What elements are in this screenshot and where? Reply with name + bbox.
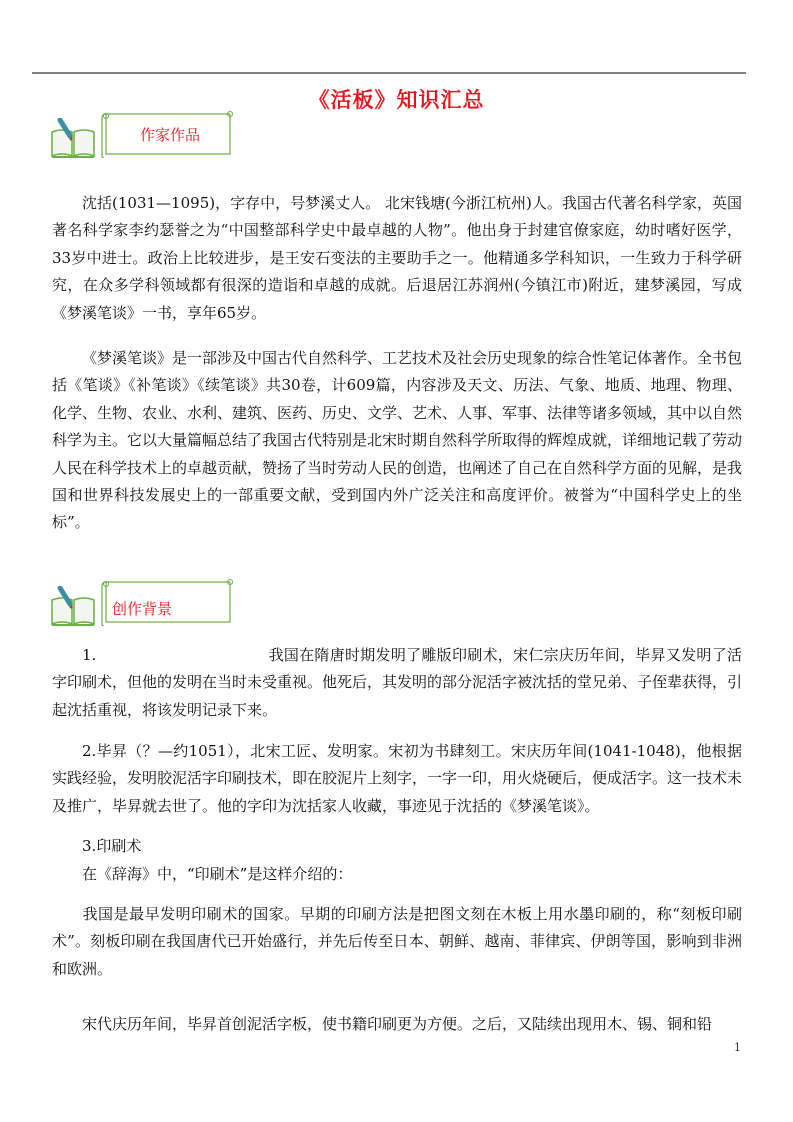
item-number: 1.	[82, 646, 96, 664]
paragraph-text: 《梦溪笔谈》是一部涉及中国古代自然科学、工艺技术及社会历史现象的综合性笔记体著作…	[52, 349, 742, 531]
item-text: 我国在隋唐时期发明了雕版印刷术，宋仁宗庆历年间，毕昇又发明了活字印刷术，但他的发…	[52, 646, 742, 719]
paragraph-text: 在《辞海》中，“印刷术”是这样介绍的：	[82, 865, 352, 883]
paragraph-text: 宋代庆历年间，毕昇首创泥活字板，使书籍印刷更为方便。之后，又陆续出现用木、锡、铜…	[82, 1015, 712, 1033]
section-heading: 作家作品	[106, 124, 234, 145]
book-pencil-icon	[50, 586, 96, 628]
item-text: 毕昇（？—约1051），北宋工匠、发明家。宋初为书肆刻工。宋庆历年间(1041-…	[52, 742, 742, 815]
list-item-3: 3.印刷术	[52, 833, 742, 860]
paragraph-book-intro: 《梦溪笔谈》是一部涉及中国古代自然科学、工艺技术及社会历史现象的综合性笔记体著作…	[52, 345, 742, 537]
list-item-2: 2.毕昇（？—约1051），北宋工匠、发明家。宋初为书肆刻工。宋庆历年间(104…	[52, 738, 742, 820]
paragraph-movable-type: 宋代庆历年间，毕昇首创泥活字板，使书籍印刷更为方便。之后，又陆续出现用木、锡、铜…	[52, 1011, 742, 1038]
paragraph-text: 我国是最早发明印刷术的国家。早期的印刷方法是把图文刻在木板上用水墨印刷的，称“刻…	[52, 905, 742, 978]
item-number: 2.	[82, 742, 96, 760]
item-number: 3.	[82, 837, 96, 855]
page-number: 1	[734, 1041, 741, 1054]
header-rule	[32, 72, 746, 74]
section-heading: 创作背景	[112, 598, 240, 619]
section-banner-author-works: 作家作品	[48, 110, 238, 162]
list-item-1: 1.我国在隋唐时期发明了雕版印刷术，宋仁宗庆历年间，毕昇又发明了活字印刷术，但他…	[52, 642, 742, 724]
item-text: 印刷术	[96, 837, 141, 855]
paragraph-cihai-intro: 在《辞海》中，“印刷术”是这样介绍的：	[52, 861, 742, 888]
paragraph-author-bio: 沈括(1031—1095)，字存中，号梦溪丈人。 北宋钱塘(今浙江杭州)人。我国…	[52, 190, 742, 327]
book-pencil-icon	[50, 118, 96, 160]
paragraph-printing-history: 我国是最早发明印刷术的国家。早期的印刷方法是把图文刻在木板上用水墨印刷的，称“刻…	[52, 901, 742, 983]
paragraph-text: 沈括(1031—1095)，字存中，号梦溪丈人。 北宋钱塘(今浙江杭州)人。我国…	[52, 194, 742, 322]
section-banner-background: 创作背景	[48, 578, 238, 630]
